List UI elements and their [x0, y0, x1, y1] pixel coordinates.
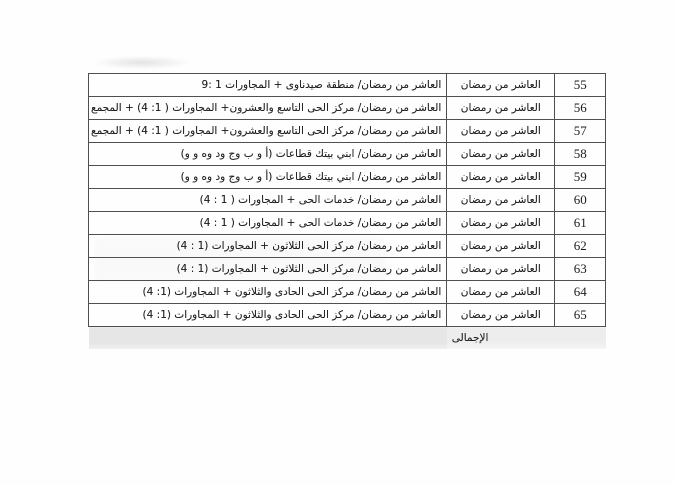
area-description-cell: العاشر من رمضان/ مركز الحى الثلاثون + ال… [89, 258, 447, 281]
area-description-cell: العاشر من رمضان/ منطقة صيدناوى + المجاور… [89, 74, 447, 97]
table-row: 57 العاشر من رمضان العاشر من رمضان/ مركز… [89, 120, 606, 143]
city-name: العاشر من رمضان [461, 217, 541, 229]
row-number: 59 [574, 169, 587, 184]
area-description-cell: العاشر من رمضان/ ابني بيتك قطاعات (أ و ب… [89, 166, 447, 189]
total-label-cell: الإجمالى [447, 327, 606, 350]
city-name: العاشر من رمضان [461, 102, 541, 114]
city-name: العاشر من رمضان [461, 79, 541, 91]
area-description: العاشر من رمضان/ مركز الحى الحادى والثلا… [143, 286, 442, 298]
row-number: 63 [574, 261, 587, 276]
table-row: 60 العاشر من رمضان العاشر من رمضان/ خدما… [89, 189, 606, 212]
city-name-cell: العاشر من رمضان [447, 304, 555, 327]
area-description: العاشر من رمضان/ خدمات الحى + المجاورات … [200, 217, 442, 229]
area-description-cell: العاشر من رمضان/ مركز الحى التاسع والعشر… [89, 120, 447, 143]
table-row: 63 العاشر من رمضان العاشر من رمضان/ مركز… [89, 258, 606, 281]
row-number-cell: 57 [555, 120, 606, 143]
row-number: 57 [574, 123, 587, 138]
area-description-cell: العاشر من رمضان/ خدمات الحى + المجاورات … [89, 189, 447, 212]
table-footer: الإجمالى [89, 327, 606, 350]
area-description-cell: العاشر من رمضان/ مركز الحى الثلاثون + ال… [89, 235, 447, 258]
city-name: العاشر من رمضان [461, 240, 541, 252]
city-name: العاشر من رمضان [461, 286, 541, 298]
area-description-cell: العاشر من رمضان/ مركز الحى التاسع والعشر… [89, 97, 447, 120]
area-description-cell: العاشر من رمضان/ خدمات الحى + المجاورات … [89, 212, 447, 235]
city-name: العاشر من رمضان [461, 171, 541, 183]
area-description: العاشر من رمضان/ خدمات الحى + المجاورات … [200, 194, 442, 206]
area-description-cell: العاشر من رمضان/ مركز الحى الحادى والثلا… [89, 304, 447, 327]
city-name: العاشر من رمضان [461, 194, 541, 206]
city-name-cell: العاشر من رمضان [447, 235, 555, 258]
row-number-cell: 56 [555, 97, 606, 120]
ramadan-districts-table: 55 العاشر من رمضان العاشر من رمضان/ منطق… [88, 73, 606, 349]
scanned-document-page: 55 العاشر من رمضان العاشر من رمضان/ منطق… [0, 0, 674, 485]
row-number-cell: 61 [555, 212, 606, 235]
city-name-cell: العاشر من رمضان [447, 189, 555, 212]
city-name-cell: العاشر من رمضان [447, 74, 555, 97]
city-name-cell: العاشر من رمضان [447, 166, 555, 189]
row-number-cell: 65 [555, 304, 606, 327]
area-description-cell: العاشر من رمضان/ مركز الحى الحادى والثلا… [89, 281, 447, 304]
row-number: 55 [574, 77, 587, 92]
row-number-cell: 55 [555, 74, 606, 97]
table-row: 62 العاشر من رمضان العاشر من رمضان/ مركز… [89, 235, 606, 258]
city-name-cell: العاشر من رمضان [447, 143, 555, 166]
area-description: العاشر من رمضان/ مركز الحى الثلاثون + ال… [177, 263, 442, 275]
total-row: الإجمالى [89, 327, 606, 350]
city-name: العاشر من رمضان [461, 125, 541, 137]
row-number: 60 [574, 192, 587, 207]
row-number-cell: 60 [555, 189, 606, 212]
city-name-cell: العاشر من رمضان [447, 120, 555, 143]
area-description: العاشر من رمضان/ مركز الحى التاسع والعشر… [91, 125, 441, 137]
table-row: 61 العاشر من رمضان العاشر من رمضان/ خدما… [89, 212, 606, 235]
area-description: العاشر من رمضان/ منطقة صيدناوى + المجاور… [202, 79, 442, 91]
row-number: 62 [574, 238, 587, 253]
city-name-cell: العاشر من رمضان [447, 212, 555, 235]
table-row: 58 العاشر من رمضان العاشر من رمضان/ ابني… [89, 143, 606, 166]
city-name: العاشر من رمضان [461, 148, 541, 160]
total-label: الإجمالى [452, 332, 489, 344]
row-number: 61 [574, 215, 587, 230]
city-name-cell: العاشر من رمضان [447, 258, 555, 281]
city-name-cell: العاشر من رمضان [447, 281, 555, 304]
area-description: العاشر من رمضان/ مركز الحى الثلاثون + ال… [177, 240, 442, 252]
row-number-cell: 58 [555, 143, 606, 166]
table-row: 64 العاشر من رمضان العاشر من رمضان/ مركز… [89, 281, 606, 304]
scan-smudge [92, 56, 192, 69]
row-number: 58 [574, 146, 587, 161]
row-number: 64 [574, 284, 587, 299]
city-name: العاشر من رمضان [461, 263, 541, 275]
area-description: العاشر من رمضان/ ابني بيتك قطاعات (أ و ب… [181, 171, 442, 183]
row-number-cell: 59 [555, 166, 606, 189]
row-number-cell: 63 [555, 258, 606, 281]
city-name: العاشر من رمضان [461, 309, 541, 321]
table-row: 59 العاشر من رمضان العاشر من رمضان/ ابني… [89, 166, 606, 189]
area-description-cell: العاشر من رمضان/ ابني بيتك قطاعات (أ و ب… [89, 143, 447, 166]
table-row: 65 العاشر من رمضان العاشر من رمضان/ مركز… [89, 304, 606, 327]
row-number-cell: 64 [555, 281, 606, 304]
row-number: 65 [574, 307, 587, 322]
area-description: العاشر من رمضان/ مركز الحى الحادى والثلا… [143, 309, 442, 321]
table-row: 56 العاشر من رمضان العاشر من رمضان/ مركز… [89, 97, 606, 120]
total-empty-cell [89, 327, 447, 350]
table-body: 55 العاشر من رمضان العاشر من رمضان/ منطق… [89, 74, 606, 327]
row-number-cell: 62 [555, 235, 606, 258]
area-description: العاشر من رمضان/ مركز الحى التاسع والعشر… [91, 102, 441, 114]
table-row: 55 العاشر من رمضان العاشر من رمضان/ منطق… [89, 74, 606, 97]
city-name-cell: العاشر من رمضان [447, 97, 555, 120]
area-description: العاشر من رمضان/ ابني بيتك قطاعات (أ و ب… [181, 148, 442, 160]
row-number: 56 [574, 100, 587, 115]
